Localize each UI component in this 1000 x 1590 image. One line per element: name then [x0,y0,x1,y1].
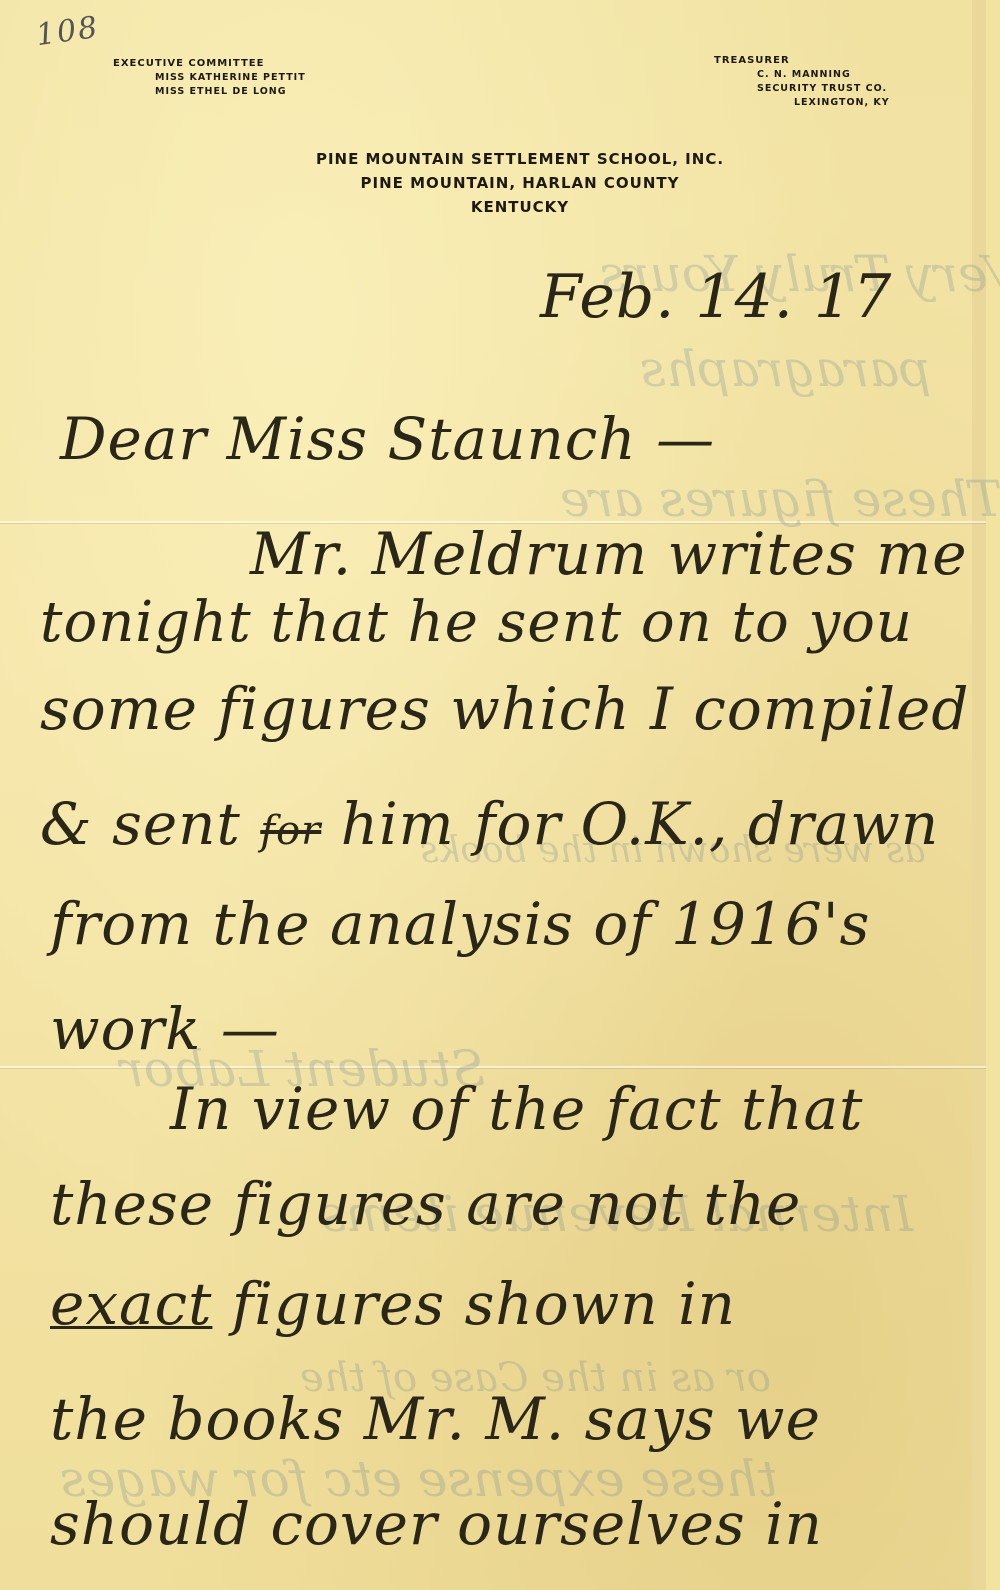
letter-word: figures shown in [232,1270,736,1338]
letter-line: exact figures shown in [50,1270,736,1338]
committee-member: MISS ETHEL DE LONG [155,85,287,99]
archive-number: 108 [34,10,102,53]
letter-line: from the analysis of 1916's [50,890,870,958]
letter-word: him for O.K., drawn [341,790,940,858]
letter-line: work — [50,995,280,1063]
letter-line: & sent for him for O.K., drawn [40,790,939,858]
struck-word: for [260,808,321,854]
committee-member: MISS KATHERINE PETTIT [155,71,306,85]
institution-state: KENTUCKY [200,195,840,219]
treasurer-bank: SECURITY TRUST CO. [757,82,887,96]
letter-line: the books Mr. M. says we [50,1385,821,1453]
letter-line: should cover ourselves in [50,1490,823,1558]
letter-line: In view of the fact that [170,1075,864,1143]
letter-line: Mr. Meldrum writes me [250,520,968,588]
salutation: Dear Miss Staunch — [60,405,715,473]
treasurer-city: LEXINGTON, KY [794,96,890,110]
paper-edge [972,0,986,1590]
letter-line: these figures are not the [50,1170,801,1238]
letter-line: tonight that he sent on to you [40,590,913,655]
treasurer-name: C. N. MANNING [757,68,851,82]
institution-location: PINE MOUNTAIN, HARLAN COUNTY [200,171,840,195]
institution-name: PINE MOUNTAIN SETTLEMENT SCHOOL, INC. [200,147,840,171]
underlined-word: exact [50,1270,212,1338]
letter-word: & sent [40,790,241,858]
letter-line: some figures which I compiled [40,675,969,743]
executive-committee-heading: EXECUTIVE COMMITTEE [113,57,264,71]
treasurer-heading: TREASURER [714,54,790,68]
letter-date: Feb. 14. 17 [540,262,892,332]
institution-block: PINE MOUNTAIN SETTLEMENT SCHOOL, INC. PI… [200,147,840,219]
bleed-through-text: paragraphs [640,340,931,398]
letter-page: Very Truly Yours paragraphs These figure… [0,0,986,1590]
